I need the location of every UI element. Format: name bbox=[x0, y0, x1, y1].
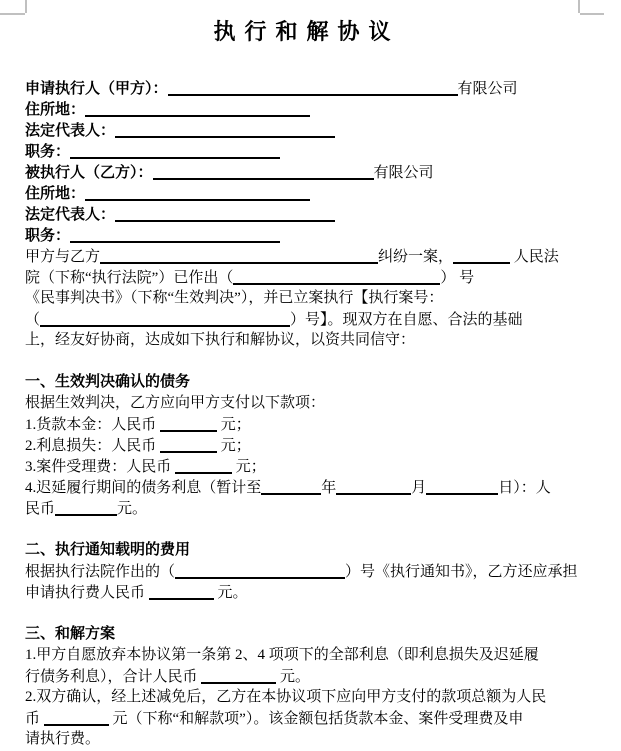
text-segment: 有限公司 bbox=[458, 81, 518, 97]
text-segment: 元； bbox=[217, 438, 251, 454]
field-label: 法定代表人： bbox=[25, 207, 115, 223]
section-3-item-2-cont: 币 元（下称“和解款项”）。该金额包括货款本金、案件受理费及申 bbox=[25, 708, 621, 729]
section-3-heading: 三、和解方案 bbox=[25, 624, 621, 645]
margin-crop-mark-top-left-horizontal bbox=[0, 13, 25, 15]
text-segment: 元（下称“和解款项”）。该金额包括货款本金、案件受理费及申 bbox=[109, 711, 524, 727]
party-b-position-line: 职务： bbox=[25, 225, 621, 246]
text-segment: 元； bbox=[217, 417, 251, 433]
section-3-item-2-cont2: 请执行费。 bbox=[25, 729, 621, 750]
section-3-item-2: 2.双方确认，经上述减免后，乙方在本协议项下应向甲方支付的款项总额为人民 bbox=[25, 687, 621, 708]
field-label: 住所地： bbox=[25, 186, 85, 202]
field-label: 申请执行人（甲方）： bbox=[25, 81, 168, 97]
preamble-line-4: （）号】。现双方在自愿、合法的基础 bbox=[25, 309, 621, 330]
fill-in-blank-field[interactable] bbox=[85, 99, 310, 117]
fill-in-blank-field[interactable] bbox=[55, 498, 117, 516]
fill-in-blank-field[interactable] bbox=[85, 183, 310, 201]
fill-in-blank-field[interactable] bbox=[336, 477, 411, 495]
field-label: 住所地： bbox=[25, 102, 85, 118]
text-segment: 1.甲方自愿放弃本协议第一条第 2、4 项项下的全部利息（即利息损失及迟延履 bbox=[25, 647, 539, 663]
document-title: 执行和解协议 bbox=[25, 16, 579, 47]
fill-in-blank-field[interactable] bbox=[233, 267, 440, 285]
text-segment: 《民事判决书》（下称“生效判决”），并已立案执行【执行案号： bbox=[25, 290, 443, 306]
section-1-heading: 一、生效判决确认的债务 bbox=[25, 372, 621, 393]
document-page: 执行和解协议 申请执行人（甲方）：有限公司住所地：法定代表人：职务：被执行人（乙… bbox=[0, 0, 621, 751]
field-label: 三、和解方案 bbox=[25, 626, 115, 642]
text-segment: 甲方与乙方 bbox=[25, 249, 100, 265]
field-label: 二、执行通知载明的费用 bbox=[25, 542, 190, 558]
party-a-name-line: 申请执行人（甲方）：有限公司 bbox=[25, 78, 621, 99]
text-segment: 根据生效判决，乙方应向甲方支付以下款项： bbox=[25, 395, 325, 411]
fill-in-blank-field[interactable] bbox=[70, 141, 280, 159]
text-segment: 行债务利息），合计人民币 bbox=[25, 669, 201, 685]
text-segment: 1.货款本金：人民币 bbox=[25, 417, 160, 433]
fill-in-blank-field[interactable] bbox=[175, 456, 232, 474]
text-segment: 4.迟延履行期间的债务利息（暂计至 bbox=[25, 480, 261, 496]
text-segment: 根据执行法院作出的（ bbox=[25, 564, 175, 580]
text-segment: 3.案件受理费：人民币 bbox=[25, 459, 175, 475]
fill-in-blank-field[interactable] bbox=[115, 120, 335, 138]
preamble-line-3: 《民事判决书》（下称“生效判决”），并已立案执行【执行案号： bbox=[25, 288, 621, 309]
text-segment: 币 bbox=[25, 711, 44, 727]
text-segment: （ bbox=[25, 312, 40, 328]
blank-line bbox=[25, 519, 621, 540]
fill-in-blank-field[interactable] bbox=[168, 78, 458, 96]
text-segment: 元。 bbox=[214, 585, 248, 601]
party-a-representative-line: 法定代表人： bbox=[25, 120, 621, 141]
margin-crop-mark-top-right-vertical bbox=[578, 0, 580, 13]
party-a-position-line: 职务： bbox=[25, 141, 621, 162]
blank-line bbox=[25, 603, 621, 624]
fill-in-blank-field[interactable] bbox=[175, 561, 345, 579]
preamble-line-2: 院（下称“执行法院”）已作出（） 号 bbox=[25, 267, 621, 288]
field-label: 被执行人（乙方）： bbox=[25, 165, 153, 181]
fill-in-blank-field[interactable] bbox=[70, 225, 280, 243]
text-segment: 元； bbox=[232, 459, 266, 475]
text-segment: 申请执行费人民币 bbox=[25, 585, 149, 601]
text-segment: ）号】。现双方在自愿、合法的基础 bbox=[290, 312, 523, 328]
fill-in-blank-field[interactable] bbox=[426, 477, 498, 495]
section-3-item-1-cont: 行债务利息），合计人民币 元。 bbox=[25, 666, 621, 687]
section-1-intro: 根据生效判决，乙方应向甲方支付以下款项： bbox=[25, 393, 621, 414]
text-segment: 年 bbox=[321, 480, 336, 496]
party-b-address-line: 住所地： bbox=[25, 183, 621, 204]
preamble-line-5: 上，经友好协商，达成如下执行和解协议，以资共同信守： bbox=[25, 330, 621, 351]
text-segment: 日）：人 bbox=[498, 480, 551, 496]
text-segment: 纠纷一案， bbox=[378, 249, 453, 265]
field-label: 职务： bbox=[25, 228, 70, 244]
text-segment: 元。 bbox=[117, 501, 147, 517]
text-segment: 元。 bbox=[276, 669, 310, 685]
fill-in-blank-field[interactable] bbox=[201, 666, 276, 684]
fill-in-blank-field[interactable] bbox=[100, 246, 378, 264]
party-b-name-line: 被执行人（乙方）：有限公司 bbox=[25, 162, 621, 183]
section-2-heading: 二、执行通知载明的费用 bbox=[25, 540, 621, 561]
section-1-item-4: 4.迟延履行期间的债务利息（暂计至年月日）：人 bbox=[25, 477, 621, 498]
text-segment: 上，经友好协商，达成如下执行和解协议，以资共同信守： bbox=[25, 332, 415, 348]
text-segment: 院（下称“执行法院”）已作出（ bbox=[25, 270, 233, 286]
text-segment: 人民法 bbox=[510, 249, 559, 265]
margin-crop-mark-top-left-vertical bbox=[25, 0, 27, 13]
section-3-item-1: 1.甲方自愿放弃本协议第一条第 2、4 项项下的全部利息（即利息损失及迟延履 bbox=[25, 645, 621, 666]
field-label: 一、生效判决确认的债务 bbox=[25, 374, 190, 390]
preamble-line-1: 甲方与乙方纠纷一案， 人民法 bbox=[25, 246, 621, 267]
fill-in-blank-field[interactable] bbox=[149, 582, 214, 600]
margin-crop-mark-top-right-horizontal bbox=[580, 13, 604, 15]
text-segment: 2.双方确认，经上述减免后，乙方在本协议项下应向甲方支付的款项总额为人民 bbox=[25, 689, 546, 705]
text-segment: 2.利息损失：人民币 bbox=[25, 438, 160, 454]
fill-in-blank-field[interactable] bbox=[115, 204, 335, 222]
blank-line bbox=[25, 351, 621, 372]
fill-in-blank-field[interactable] bbox=[40, 309, 290, 327]
text-segment: ） 号 bbox=[440, 270, 474, 286]
field-label: 职务： bbox=[25, 144, 70, 160]
fill-in-blank-field[interactable] bbox=[153, 162, 374, 180]
section-1-item-4-cont: 民币元。 bbox=[25, 498, 621, 519]
party-a-address-line: 住所地： bbox=[25, 99, 621, 120]
section-1-item-1: 1.货款本金：人民币 元； bbox=[25, 414, 621, 435]
fill-in-blank-field[interactable] bbox=[261, 477, 321, 495]
section-2-line-2: 申请执行费人民币 元。 bbox=[25, 582, 621, 603]
section-1-item-2: 2.利息损失：人民币 元； bbox=[25, 435, 621, 456]
text-segment: 民币 bbox=[25, 501, 55, 517]
text-segment: 有限公司 bbox=[374, 165, 434, 181]
fill-in-blank-field[interactable] bbox=[44, 708, 109, 726]
fill-in-blank-field[interactable] bbox=[160, 414, 217, 432]
text-segment: 请执行费。 bbox=[25, 731, 100, 747]
fill-in-blank-field[interactable] bbox=[453, 246, 510, 264]
text-segment: 月 bbox=[411, 480, 426, 496]
party-b-representative-line: 法定代表人： bbox=[25, 204, 621, 225]
text-segment: ）号《执行通知书》，乙方还应承担 bbox=[345, 564, 578, 580]
section-2-line-1: 根据执行法院作出的（）号《执行通知书》，乙方还应承担 bbox=[25, 561, 621, 582]
section-1-item-3: 3.案件受理费：人民币 元； bbox=[25, 456, 621, 477]
field-label: 法定代表人： bbox=[25, 123, 115, 139]
fill-in-blank-field[interactable] bbox=[160, 435, 217, 453]
document-body: 申请执行人（甲方）：有限公司住所地：法定代表人：职务：被执行人（乙方）：有限公司… bbox=[25, 78, 621, 750]
